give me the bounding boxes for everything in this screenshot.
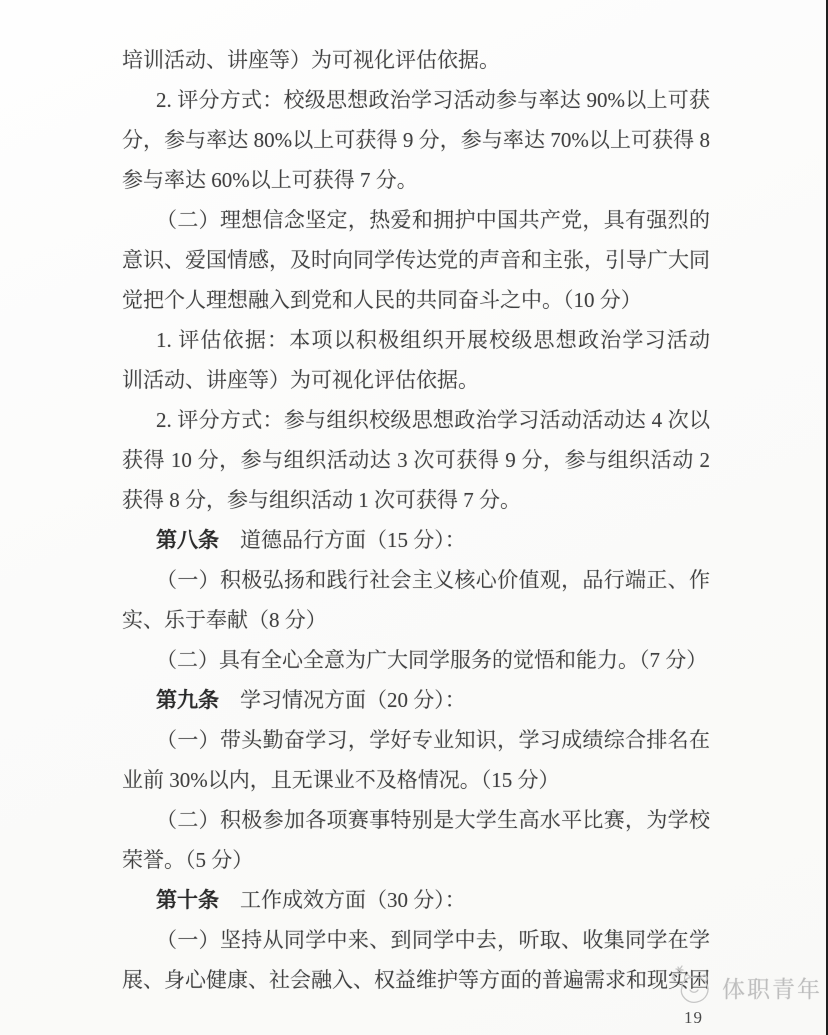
watermark: 体职青年 bbox=[668, 960, 822, 1015]
document-page: 培训活动、讲座等）为可视化评估依据。2. 评分方式：校级思想政治学习活动参与率达… bbox=[0, 0, 828, 1035]
text-line: 2. 评分方式：参与组织校级思想政治学习活动活动达 4 次以上可 bbox=[122, 400, 710, 440]
text-line: 培训活动、讲座等）为可视化评估依据。 bbox=[122, 40, 710, 80]
watermark-label: 体职青年 bbox=[722, 971, 822, 1004]
text-line: 第十条 工作成效方面（30 分）： bbox=[122, 880, 710, 920]
text-line: 意识、爱国情感，及时向同学传达党的声音和主张，引导广大同学自 bbox=[122, 240, 710, 280]
text-line: 分，参与率达 80%以上可获得 9 分，参与率达 70%以上可获得 8 分， bbox=[122, 120, 710, 160]
article-heading: 第九条 bbox=[156, 689, 219, 712]
text-line: （一）带头勤奋学习，学好专业知识，学习成绩综合排名在本专 bbox=[122, 720, 710, 760]
text-line: 获得 8 分，参与组织活动 1 次可获得 7 分。 bbox=[122, 480, 710, 520]
text-line: 第八条 道德品行方面（15 分）： bbox=[122, 520, 710, 560]
document-body: 培训活动、讲座等）为可视化评估依据。2. 评分方式：校级思想政治学习活动参与率达… bbox=[122, 40, 710, 1000]
text-line: 荣誉。（5 分） bbox=[122, 840, 710, 880]
text-line: 参与率达 60%以上可获得 7 分。 bbox=[122, 160, 710, 200]
text-line: 2. 评分方式：校级思想政治学习活动参与率达 90%以上可获得 10 bbox=[122, 80, 710, 120]
text-line: （二）积极参加各项赛事特别是大学生高水平比赛，为学校赢得 bbox=[122, 800, 710, 840]
text-line: 业前 30%以内，且无课业不及格情况。（15 分） bbox=[122, 760, 710, 800]
text-line: 觉把个人理想融入到党和人民的共同奋斗之中。（10 分） bbox=[122, 280, 710, 320]
article-heading: 第八条 bbox=[156, 529, 219, 552]
text-line: 训活动、讲座等）为可视化评估依据。 bbox=[122, 360, 710, 400]
page-number: 19 bbox=[684, 1008, 703, 1028]
text-line: （二）具有全心全意为广大同学服务的觉悟和能力。（7 分） bbox=[122, 640, 710, 680]
article-heading: 第十条 bbox=[156, 889, 219, 912]
text-line: （一）积极弘扬和践行社会主义核心价值观，品行端正、作风务 bbox=[122, 560, 710, 600]
text-line: （二）理想信念坚定，热爱和拥护中国共产党，具有强烈的爱国 bbox=[122, 200, 710, 240]
text-line: 获得 10 分，参与组织活动达 3 次可获得 9 分，参与组织活动 2 次可 bbox=[122, 440, 710, 480]
text-line: 展、身心健康、社会融入、权益维护等方面的普遍需求和现实困难 bbox=[122, 960, 710, 1000]
text-line: 第九条 学习情况方面（20 分）： bbox=[122, 680, 710, 720]
watermark-logo-icon bbox=[668, 960, 716, 1015]
text-line: （一）坚持从同学中来、到同学中去，听取、收集同学在学业发 bbox=[122, 920, 710, 960]
text-line: 1. 评估依据：本项以积极组织开展校级思想政治学习活动（如培 bbox=[122, 320, 710, 360]
text-line: 实、乐于奉献（8 分） bbox=[122, 600, 710, 640]
